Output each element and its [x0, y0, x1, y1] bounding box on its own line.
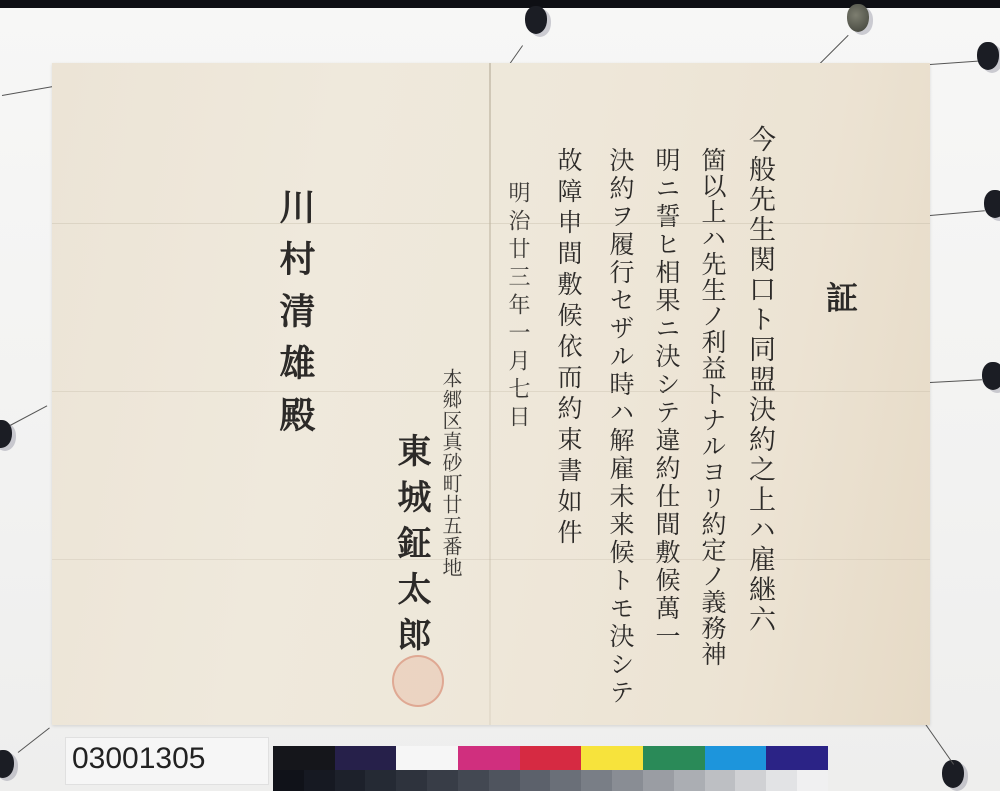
gray-step: [458, 770, 489, 791]
color-patch: [643, 746, 705, 770]
document-heading: 証: [817, 281, 863, 315]
gray-step: [735, 770, 766, 791]
gray-step: [335, 770, 366, 791]
gray-step: [612, 770, 643, 791]
color-patch: [705, 746, 767, 770]
body-column-5: 故障申間敷候依而約束書如件: [550, 147, 586, 550]
pin-right-2: [984, 190, 1000, 218]
gray-step: [643, 770, 674, 791]
gray-step: [797, 770, 828, 791]
signer-address: 本郷区真砂町廿五番地: [437, 368, 466, 578]
gray-step: [581, 770, 612, 791]
pin-top-center: [525, 6, 547, 34]
color-patch: [766, 746, 828, 770]
gray-step: [705, 770, 736, 791]
catalog-number: 03001305: [72, 742, 205, 776]
gray-step: [766, 770, 797, 791]
gray-step: [304, 770, 335, 791]
pin-top-right-metal: [847, 4, 869, 32]
document-paper: 証 今般先生関口ト同盟決約之上ハ雇継六 箇以上ハ先生ノ利益トナルヨリ約定ノ義務神…: [52, 63, 930, 725]
color-patch: [520, 746, 582, 770]
red-seal-stamp: [392, 655, 444, 707]
body-column-2: 箇以上ハ先生ノ利益トナルヨリ約定ノ義務神: [694, 147, 730, 667]
gray-step: [674, 770, 705, 791]
color-patch: [581, 746, 643, 770]
gray-step: [396, 770, 427, 791]
gray-step: [520, 770, 551, 791]
body-column-1: 今般先生関口ト同盟決約之上ハ雇継六: [740, 125, 779, 635]
gray-step: [365, 770, 396, 791]
signer-name: 東城鉦太郎: [387, 433, 436, 663]
document-date: 明治廿三年一月七日: [502, 181, 533, 433]
gray-step: [273, 770, 304, 791]
gray-scale-steps: [273, 770, 828, 791]
color-patch: [335, 746, 397, 770]
gray-step: [427, 770, 458, 791]
color-patch: [458, 746, 520, 770]
catalog-label: 03001305: [65, 737, 269, 785]
addressee-name: 川村清雄殿: [270, 188, 321, 448]
gray-step: [489, 770, 520, 791]
color-patches: [273, 746, 828, 770]
gray-step: [550, 770, 581, 791]
pin-right-3: [982, 362, 1000, 390]
pin-right-1: [977, 42, 999, 70]
color-patch: [273, 746, 335, 770]
body-column-3: 明ニ誓ヒ相果ニ決シテ違約仕間敷候萬一: [648, 147, 684, 651]
body-column-4: 決約ヲ履行セザル時ハ解雇未来候トモ決シテ: [602, 147, 638, 707]
color-calibration-chart: [273, 746, 828, 791]
color-patch: [396, 746, 458, 770]
